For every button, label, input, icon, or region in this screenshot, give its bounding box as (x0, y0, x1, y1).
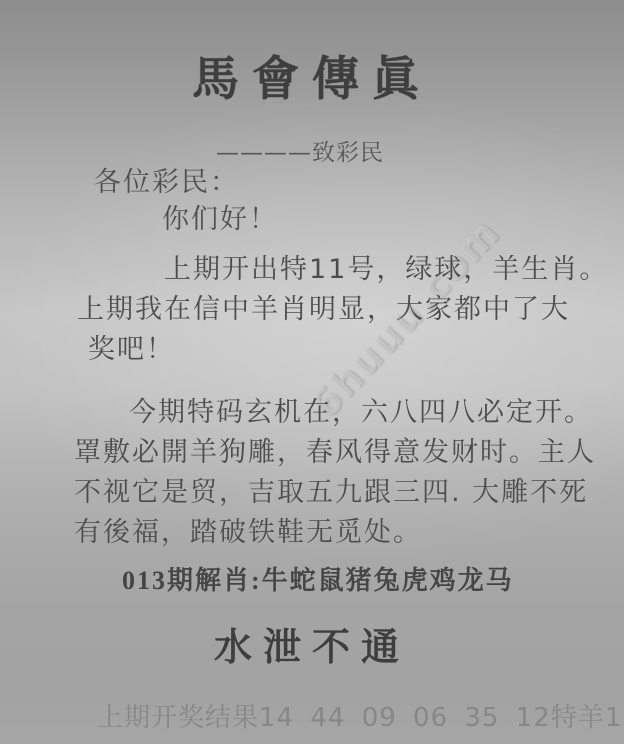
paragraph2-line1: 今期特码玄机在，六八四八必定开。 (129, 390, 593, 429)
paragraph2-line4: 有後福，踏破铁鞋无觅处。 (74, 510, 422, 549)
paragraph1-line2: 上期我在信中羊肖明显，大家都中了大 (77, 287, 570, 326)
dedication-line: ————致彩民 (216, 134, 384, 167)
page-title: 馬會傳眞 (0, 42, 624, 109)
fax-sheet: 6huuu.com 馬會傳眞 ————致彩民 各位彩民： 你们好！ 上期开出特1… (0, 0, 624, 744)
zodiac-hint-line: 013期解肖:牛蛇鼠猪兔虎鸡龙马 (122, 560, 514, 597)
paragraph1-line1: 上期开出特11号，绿球，羊生肖。 (164, 247, 608, 286)
previous-draw-result: 上期开奖结果14 44 09 06 35 12特羊11 (97, 697, 624, 734)
greeting: 你们好！ (162, 197, 278, 236)
paragraph2-line2: 罩敷必開羊狗雕，春风得意发财时。主人 (74, 430, 596, 469)
salutation: 各位彩民： (94, 160, 239, 199)
idiom-line: 水泄不通 (0, 616, 624, 671)
paragraph1-line3: 奖吧！ (88, 327, 175, 366)
paragraph2-line3: 不视它是贸，吉取五九跟三四. 大雕不死 (74, 470, 588, 509)
